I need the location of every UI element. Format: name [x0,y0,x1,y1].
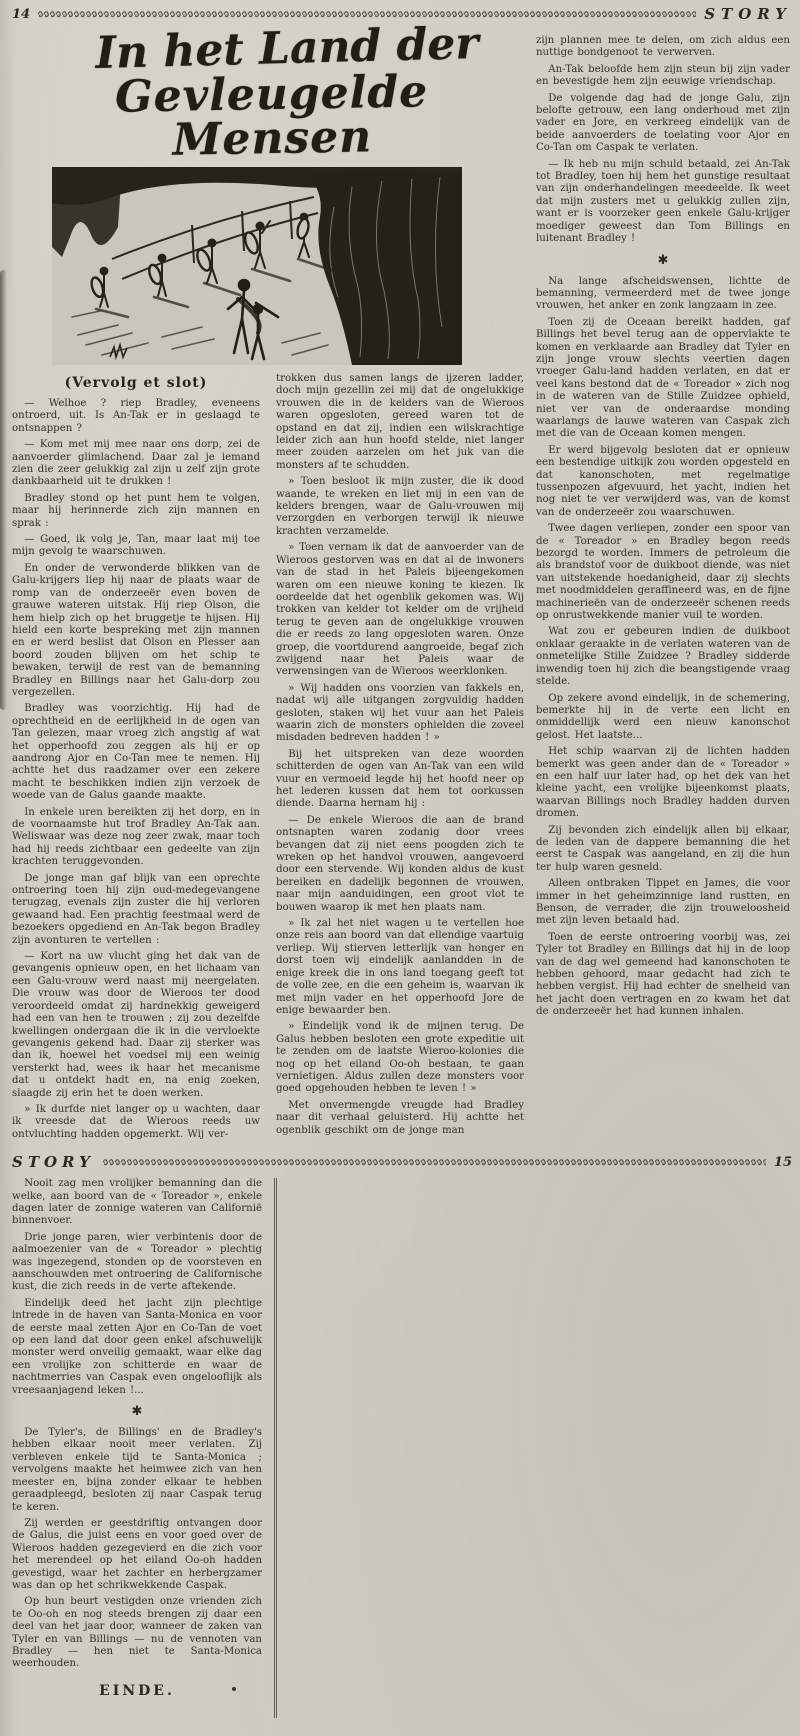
divider-page-number: 15 [774,1155,792,1170]
paragraph: trokken dus samen langs de ijzeren ladde… [276,373,524,472]
paragraph: Bradley stond op het punt hem te volgen,… [12,493,260,530]
paragraph: De Tyler's, de Billings' en de Bradley's… [12,1427,262,1514]
paragraph: » Ik zal het niet wagen u te vertellen h… [276,918,524,1017]
left-text-columns: (Vervolg et slot) — Welhoe ? riep Bradle… [12,373,524,1145]
title-and-left-columns: In het Land der Gevleugelde Mensen [12,25,524,1145]
paragraph: De volgende dag had de jonge Galu, zijn … [536,93,790,155]
paragraph: » Wij hadden ons voorzien van fakkels en… [276,683,524,745]
paragraph: — Goed, ik volg je, Tan, maar laat mij t… [12,534,260,559]
ink-speck [232,1687,236,1691]
paragraph: Na lange afscheidswensen, lichtte de bem… [536,276,790,313]
paragraph: An-Tak beloofde hem zijn steun bij zijn … [536,64,790,89]
column-2-paragraphs: trokken dus samen langs de ijzeren ladde… [276,373,524,1137]
bottom-column-paragraphs: Nooit zag men vrolijker bemanning dan di… [12,1178,262,1697]
paragraph: Drie jonge paren, wier verbintenis door … [12,1232,262,1294]
squiggle-border [38,10,696,19]
story-ending: EINDE. [12,1685,262,1697]
paragraph: Toen zij de Oceaan bereikt hadden, gaf B… [536,317,790,441]
paragraph: Toen de eerste ontroering voorbij was, z… [536,932,790,1019]
paragraph: — Ik heb nu mijn schuld betaald, zei An-… [536,159,790,246]
illustration-drawing [52,167,462,365]
column-1-paragraphs: — Welhoe ? riep Bradley, eveneens ontroe… [12,398,260,1141]
paragraph: Op zekere avond eindelijk, in de schemer… [536,693,790,743]
page-number-left: 14 [12,7,30,22]
bottom-column: Nooit zag men vrolijker bemanning dan di… [12,1178,277,1718]
paragraph: » Toen vernam ik dat de aanvoerder van d… [276,542,524,678]
paragraph: Met onvermengde vreugde had Bradley naar… [276,1100,524,1137]
magazine-page: 14 STORY In het Land der Gevleugelde Men… [0,0,800,1736]
paragraph: » Ik durfde niet langer op u wachten, da… [12,1104,260,1141]
column-3: zijn plannen mee te delen, om zich aldus… [536,25,790,1145]
column-1: (Vervolg et slot) — Welhoe ? riep Bradle… [12,373,260,1145]
paragraph: — Welhoe ? riep Bradley, eveneens ontroe… [12,398,260,435]
paragraph: Nooit zag men vrolijker bemanning dan di… [12,1178,262,1228]
story-title: In het Land der Gevleugelde Mensen [12,27,532,161]
story-illustration [52,167,524,369]
paragraph: Alleen ontbraken Tippet en James, die vo… [536,878,790,928]
blank-paper-area [277,1178,790,1718]
paragraph: Er werd bijgevolg besloten dat er opnieu… [536,445,790,519]
top-section: In het Land der Gevleugelde Mensen [0,25,800,1145]
paragraph: Twee dagen verliepen, zonder een spoor v… [536,523,790,622]
paragraph: Zij werden er geestdriftig ontvangen doo… [12,1518,262,1592]
paragraph: De jonge man gaf blijk van een oprechte … [12,873,260,947]
paragraph: Eindelijk deed het jacht zijn plechtige … [12,1298,262,1397]
paragraph: — Kom met mij mee naar ons dorp, zei de … [12,439,260,489]
paragraph: » Eindelijk vond ik de mijnen terug. De … [276,1021,524,1095]
paragraph: Op hun beurt vestigden onze vrienden zic… [12,1596,262,1670]
paragraph: — De enkele Wieroos die aan de brand ont… [276,815,524,914]
paragraph: » Toen besloot ik mijn zuster, die ik do… [276,476,524,538]
paragraph: — Kort na uw vlucht ging het dak van de … [12,951,260,1100]
divider-magazine-title: STORY [12,1153,95,1171]
squiggle-border-2 [103,1158,766,1167]
column-3-paragraphs: zijn plannen mee te delen, om zich aldus… [536,35,790,1019]
paragraph: Het schip waarvan zij de lichten hadden … [536,746,790,820]
bottom-section: Nooit zag men vrolijker bemanning dan di… [0,1174,800,1736]
paragraph: En onder de verwonderde blikken van de G… [12,563,260,699]
continuation-caption: (Vervolg et slot) [12,375,260,391]
paragraph: Bradley was voorzichtig. Hij had de opre… [12,703,260,802]
column-2: trokken dus samen langs de ijzeren ladde… [276,373,524,1145]
magazine-title: STORY [704,5,792,23]
star-separator: ✱ [536,254,790,268]
paragraph: Bij het uitspreken van deze woorden schi… [276,749,524,811]
section-divider: STORY 15 [0,1149,800,1174]
title-line-2: Gevleugelde Mensen [11,68,532,165]
paragraph: Zij bevonden zich eindelijk allen bij el… [536,825,790,875]
star-separator: ✱ [12,1405,262,1419]
paragraph: zijn plannen mee te delen, om zich aldus… [536,35,790,60]
paragraph: Wat zou er gebeuren indien de duikboot o… [536,626,790,688]
paragraph: In enkele uren bereikten zij het dorp, e… [12,807,260,869]
